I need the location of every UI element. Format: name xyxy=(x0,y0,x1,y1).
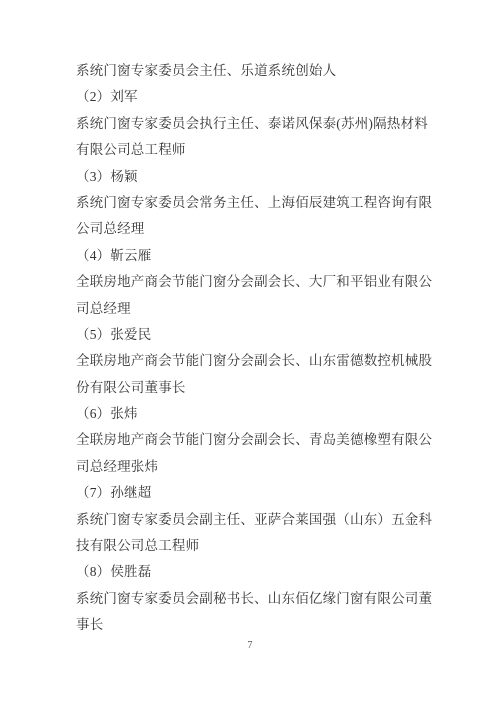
text-line: 系统门窗专家委员会副秘书长、山东佰亿缘门窗有限公司董 xyxy=(76,586,432,612)
text-line: 系统门窗专家委员会副主任、亚萨合莱国强（山东）五金科 xyxy=(76,507,432,533)
text-line: 全联房地产商会节能门窗分会副会长、大厂和平铝业有限公 xyxy=(76,269,432,295)
text-line: 事长 xyxy=(76,612,432,638)
text-line: （6）张炜 xyxy=(76,401,432,427)
text-line: （4）靳云雁 xyxy=(76,243,432,269)
text-line: （2）刘军 xyxy=(76,84,432,110)
text-line: （3）杨颖 xyxy=(76,164,432,190)
text-line: （5）张爱民 xyxy=(76,322,432,348)
text-line: 技有限公司总工程师 xyxy=(76,533,432,559)
text-line: 系统门窗专家委员会主任、乐道系统创始人 xyxy=(76,58,432,84)
text-line: 有限公司总工程师 xyxy=(76,137,432,163)
text-line: 全联房地产商会节能门窗分会副会长、山东雷德数控机械股 xyxy=(76,348,432,374)
document-page: 系统门窗专家委员会主任、乐道系统创始人 （2）刘军 系统门窗专家委员会执行主任、… xyxy=(0,0,500,707)
text-line: 司总经理 xyxy=(76,296,432,322)
text-line: 公司总经理 xyxy=(76,216,432,242)
document-text-column: 系统门窗专家委员会主任、乐道系统创始人 （2）刘军 系统门窗专家委员会执行主任、… xyxy=(76,58,432,639)
text-line: 系统门窗专家委员会执行主任、泰诺风保泰(苏州)隔热材料 xyxy=(76,111,432,137)
text-line: （7）孙继超 xyxy=(76,480,432,506)
text-line: 全联房地产商会节能门窗分会副会长、青岛美德橡塑有限公 xyxy=(76,427,432,453)
text-line: （8）侯胜磊 xyxy=(76,559,432,585)
page-number: 7 xyxy=(0,639,500,653)
text-line: 司总经理张炜 xyxy=(76,454,432,480)
text-line: 份有限公司董事长 xyxy=(76,375,432,401)
text-line: 系统门窗专家委员会常务主任、上海佰辰建筑工程咨询有限 xyxy=(76,190,432,216)
